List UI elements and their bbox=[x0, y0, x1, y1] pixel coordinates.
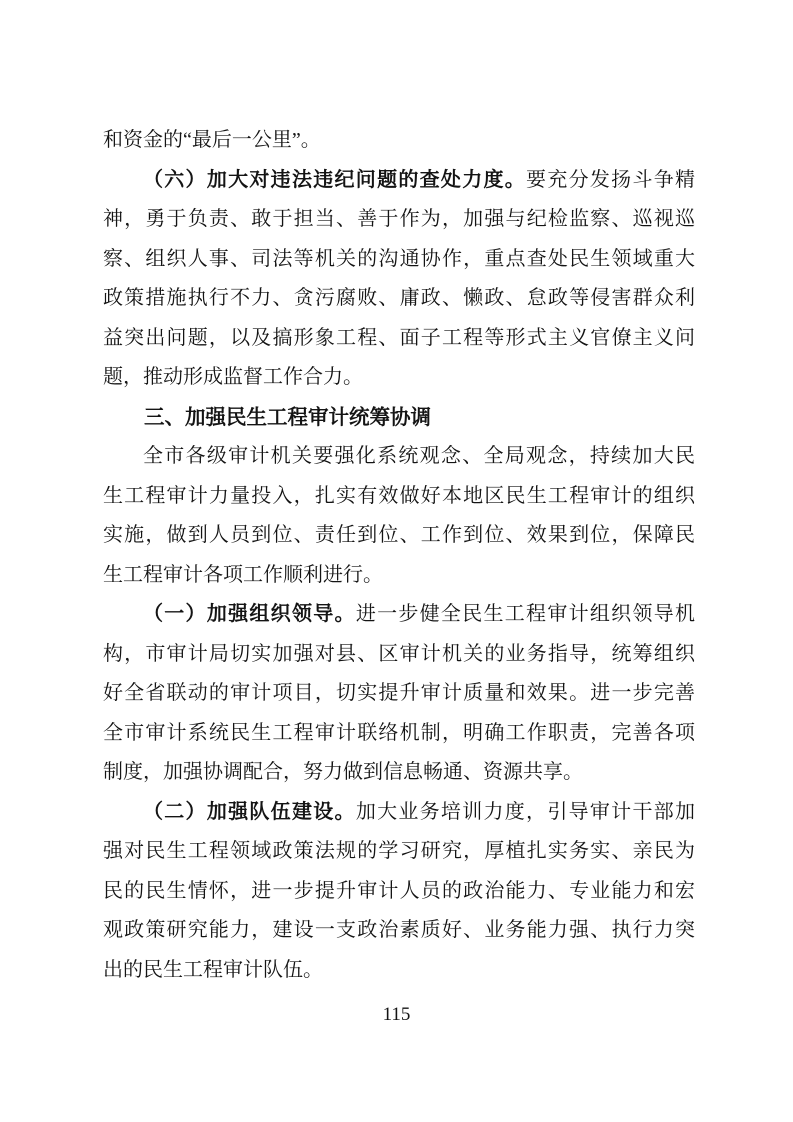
text-line: 出的民生工程审计队伍。 bbox=[103, 951, 695, 991]
bold-text-segment: （一）加强组织领导。 bbox=[143, 603, 356, 625]
text-line: 察、组织人事、司法等机关的沟通协作，重点查处民生领域重大 bbox=[103, 240, 695, 280]
text-segment: 出的民生工程审计队伍。 bbox=[103, 959, 323, 981]
text-line: 神，勇于负责、敢于担当、善于作为，加强与纪检监察、巡视巡 bbox=[103, 200, 695, 240]
text-segment: 进一步健全民生工程审计组织领导机 bbox=[356, 603, 695, 625]
text-segment: 要充分发扬斗争精 bbox=[526, 169, 695, 191]
text-segment: 题，推动形成监督工作合力。 bbox=[103, 366, 363, 388]
text-line: 全市各级审计机关要强化系统观念、全局观念，持续加大民 bbox=[103, 437, 695, 477]
page-number: 115 bbox=[0, 1004, 793, 1026]
text-segment: 民的民生情怀，进一步提升审计人员的政治能力、专业能力和宏 bbox=[103, 880, 695, 902]
text-segment: 实施，做到人员到位、责任到位、工作到位、效果到位，保障民 bbox=[103, 524, 695, 546]
text-segment: 制度，加强协调配合，努力做到信息畅通、资源共享。 bbox=[103, 761, 583, 783]
bold-text-segment: （六）加大对违法违纪问题的查处力度。 bbox=[143, 169, 526, 191]
text-line: 构，市审计局切实加强对县、区审计机关的业务指导，统筹组织 bbox=[103, 635, 695, 675]
text-line: 民的民生情怀，进一步提升审计人员的政治能力、专业能力和宏 bbox=[103, 872, 695, 912]
text-line: 观政策研究能力，建设一支政治素质好、业务能力强、执行力突 bbox=[103, 911, 695, 951]
text-segment: 加大业务培训力度，引导审计干部加 bbox=[356, 801, 695, 823]
text-line: 益突出问题，以及搞形象工程、面子工程等形式主义官僚主义问 bbox=[103, 319, 695, 359]
text-segment: 益突出问题，以及搞形象工程、面子工程等形式主义官僚主义问 bbox=[103, 327, 695, 349]
bold-text-segment: （二）加强队伍建设。 bbox=[143, 801, 356, 823]
document-page: 和资金的“最后一公里”。（六）加大对违法违纪问题的查处力度。要充分发扬斗争精神，… bbox=[0, 0, 793, 1122]
text-segment: 生工程审计各项工作顺利进行。 bbox=[103, 564, 383, 586]
text-line: 好全省联动的审计项目，切实提升审计质量和效果。进一步完善 bbox=[103, 674, 695, 714]
text-line: 实施，做到人员到位、责任到位、工作到位、效果到位，保障民 bbox=[103, 516, 695, 556]
text-line: 全市审计系统民生工程审计联络机制，明确工作职责，完善各项 bbox=[103, 714, 695, 754]
text-segment: 察、组织人事、司法等机关的沟通协作，重点查处民生领域重大 bbox=[103, 248, 695, 270]
text-line: 制度，加强协调配合，努力做到信息畅通、资源共享。 bbox=[103, 753, 695, 793]
text-segment: 全市审计系统民生工程审计联络机制，明确工作职责，完善各项 bbox=[103, 722, 695, 744]
text-block: 和资金的“最后一公里”。（六）加大对违法违纪问题的查处力度。要充分发扬斗争精神，… bbox=[103, 121, 695, 990]
text-line: （六）加大对违法违纪问题的查处力度。要充分发扬斗争精 bbox=[103, 161, 695, 201]
text-segment: 和资金的“最后一公里”。 bbox=[103, 129, 321, 151]
text-segment: 强对民生工程领域政策法规的学习研究，厚植扎实务实、亲民为 bbox=[103, 840, 695, 862]
text-segment: 全市各级审计机关要强化系统观念、全局观念，持续加大民 bbox=[143, 445, 695, 467]
text-segment: 构，市审计局切实加强对县、区审计机关的业务指导，统筹组织 bbox=[103, 643, 695, 665]
text-segment: 神，勇于负责、敢于担当、善于作为，加强与纪检监察、巡视巡 bbox=[103, 208, 695, 230]
text-line: 生工程审计各项工作顺利进行。 bbox=[103, 556, 695, 596]
text-segment: 好全省联动的审计项目，切实提升审计质量和效果。进一步完善 bbox=[103, 682, 695, 704]
text-line: 和资金的“最后一公里”。 bbox=[103, 121, 695, 161]
text-segment: 生工程审计力量投入，扎实有效做好本地区民生工程审计的组织 bbox=[103, 485, 695, 507]
bold-text-segment: 三、加强民生工程审计统筹协调 bbox=[144, 406, 431, 429]
text-segment: 政策措施执行不力、贪污腐败、庸政、懒政、怠政等侵害群众利 bbox=[103, 287, 695, 309]
text-segment: 观政策研究能力，建设一支政治素质好、业务能力强、执行力突 bbox=[103, 919, 695, 941]
text-line: （一）加强组织领导。进一步健全民生工程审计组织领导机 bbox=[103, 595, 695, 635]
text-line: 强对民生工程领域政策法规的学习研究，厚植扎实务实、亲民为 bbox=[103, 832, 695, 872]
text-line: （二）加强队伍建设。加大业务培训力度，引导审计干部加 bbox=[103, 793, 695, 833]
section-heading: 三、加强民生工程审计统筹协调 bbox=[103, 398, 695, 438]
text-line: 政策措施执行不力、贪污腐败、庸政、懒政、怠政等侵害群众利 bbox=[103, 279, 695, 319]
text-line: 题，推动形成监督工作合力。 bbox=[103, 358, 695, 398]
text-line: 生工程审计力量投入，扎实有效做好本地区民生工程审计的组织 bbox=[103, 477, 695, 517]
